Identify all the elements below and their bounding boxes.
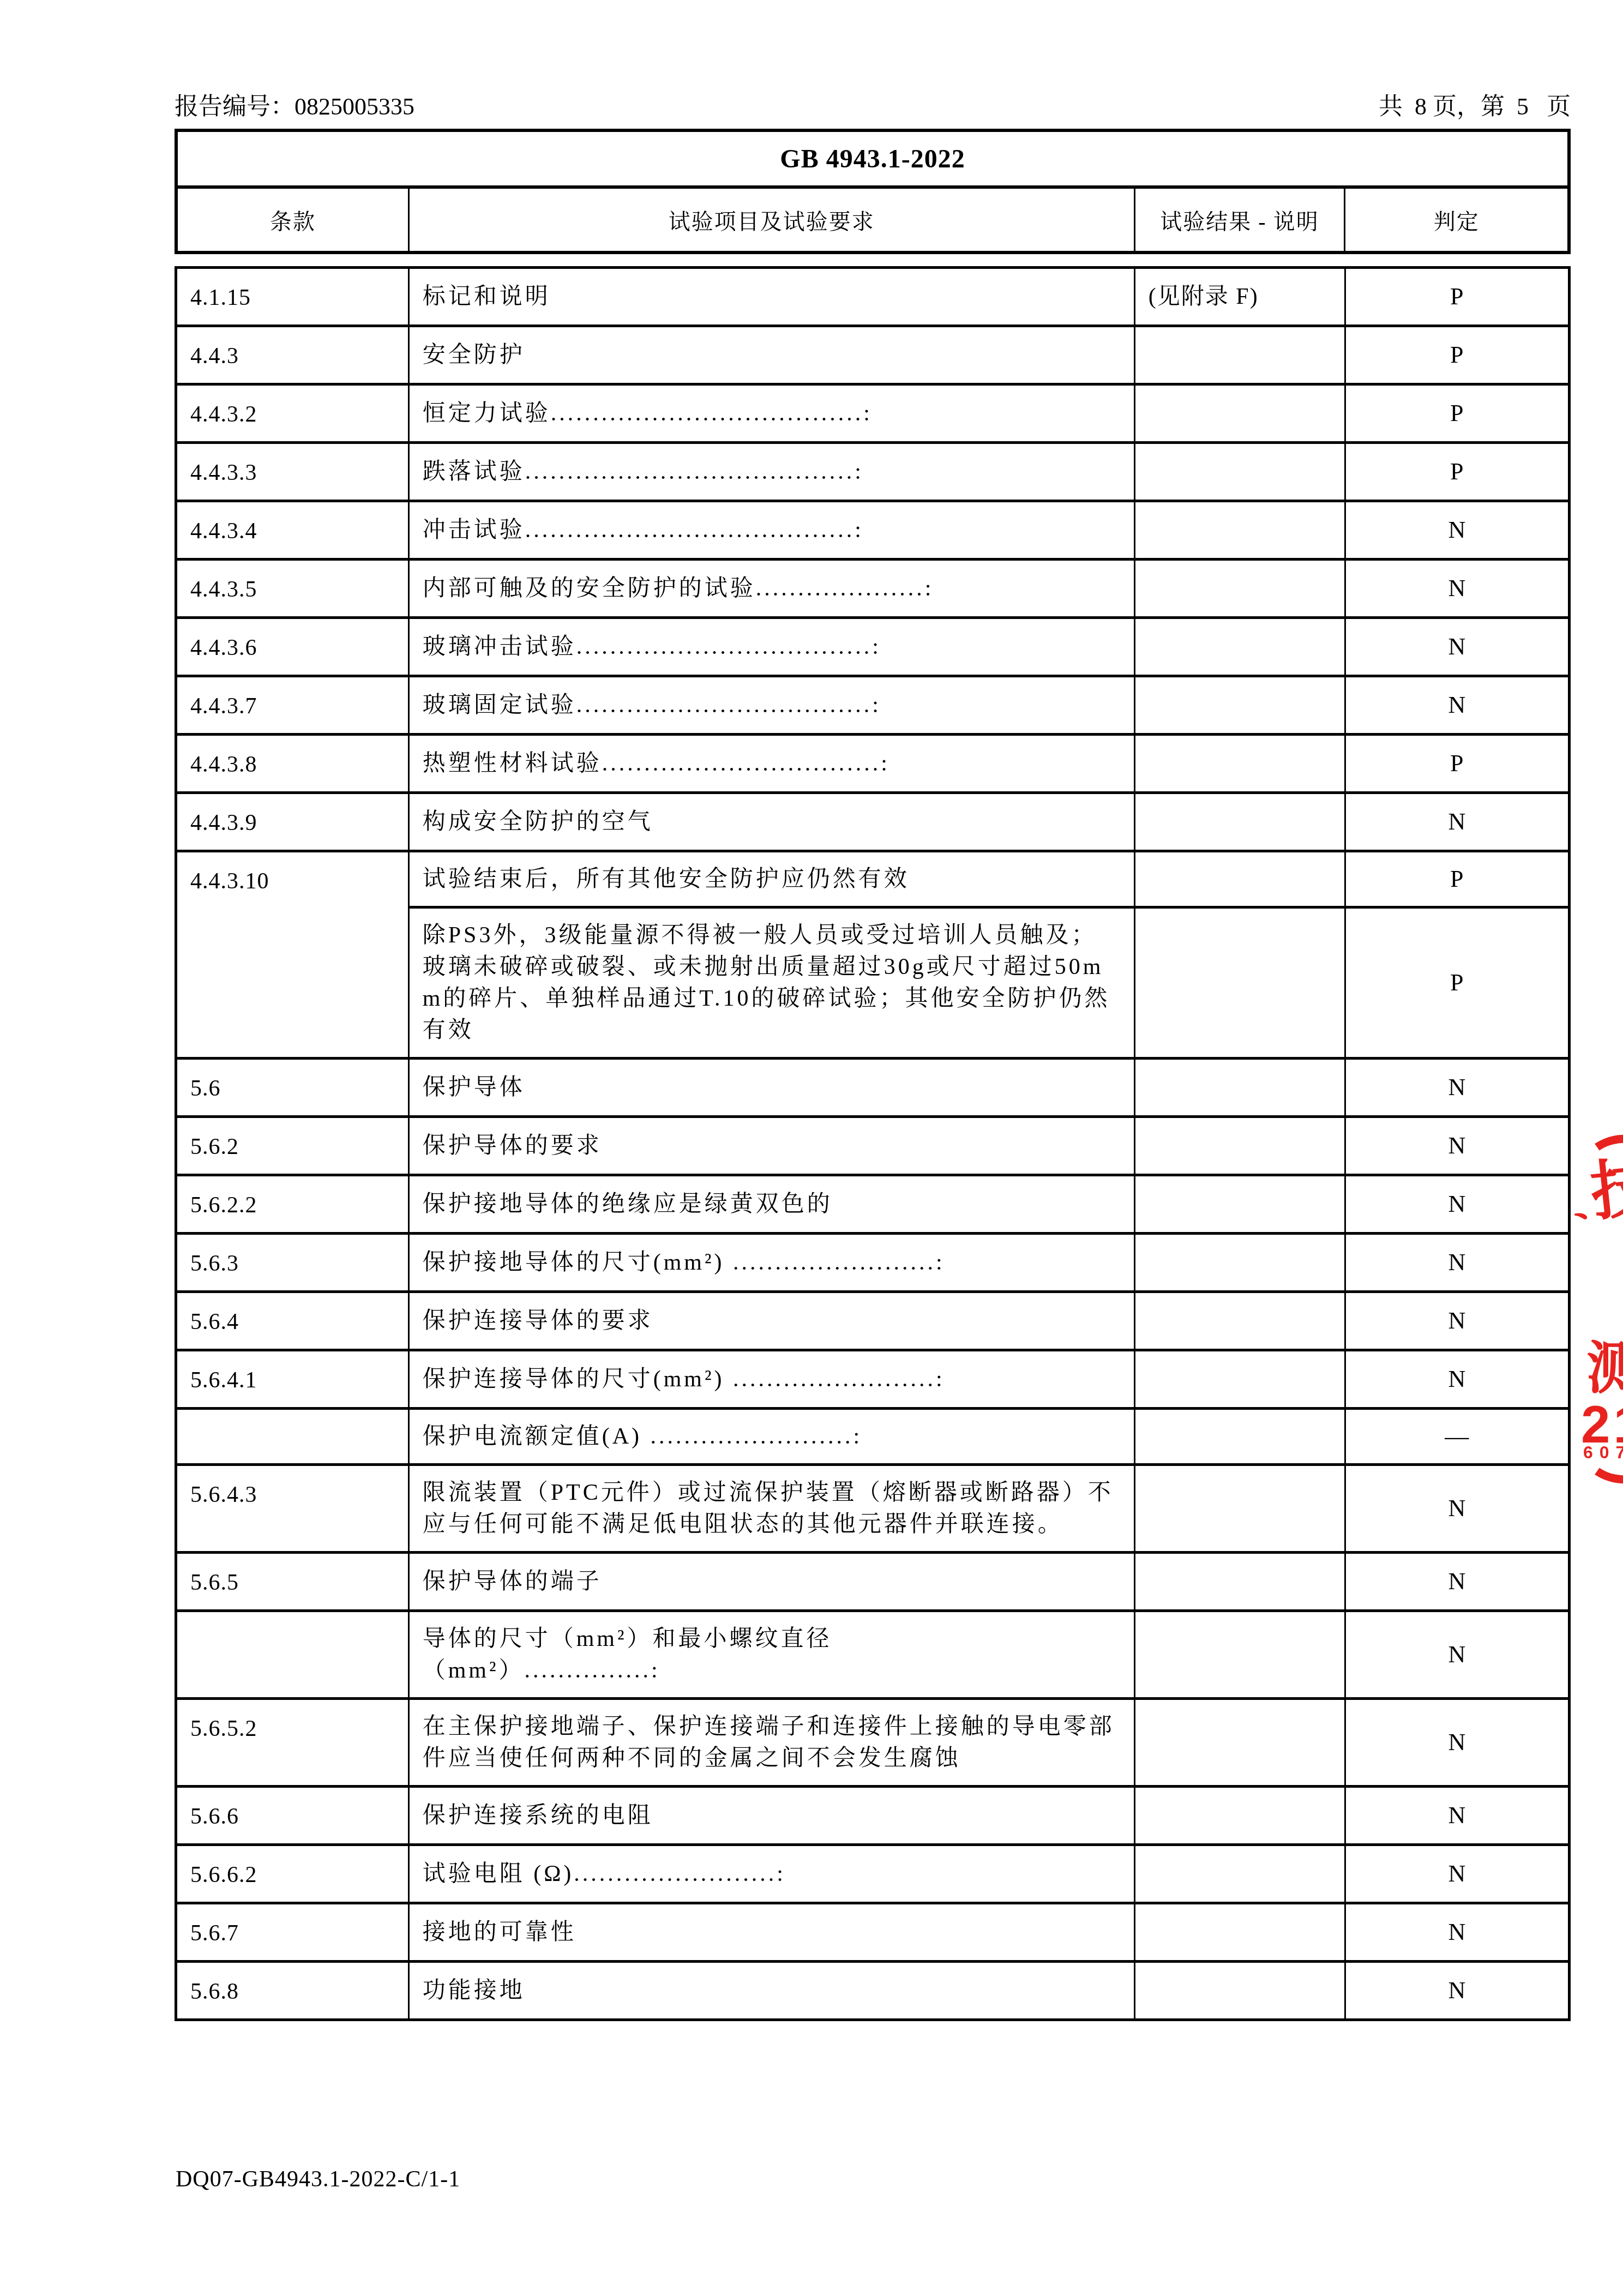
verdict-cell: N [1345, 1962, 1569, 2020]
test-result-cell [1134, 1117, 1345, 1175]
test-item-cell: 限流装置（PTC元件）或过流保护装置（熔断器或断路器）不应与任何可能不满足低电阻… [408, 1465, 1134, 1553]
test-result-cell [1134, 1465, 1345, 1553]
table-row: 5.6.7接地的可靠性N [176, 1903, 1570, 1962]
clause-cell: 5.6.5.2 [176, 1699, 409, 1787]
table-row: 5.6.4保护连接导体的要求N [176, 1292, 1570, 1350]
table-row: 5.6.6.2试验电阻 (Ω)........................:… [176, 1845, 1570, 1903]
clause-cell: 5.6.3 [176, 1234, 409, 1292]
document-code: DQ07-GB4943.1-2022-C/1-1 [176, 2166, 460, 2192]
clause-cell: 5.6.6.2 [176, 1845, 409, 1903]
test-item-cell: 标记和说明 [408, 268, 1134, 326]
table-row: 5.6.4.3限流装置（PTC元件）或过流保护装置（熔断器或断路器）不应与任何可… [176, 1465, 1570, 1553]
test-result-cell [1134, 1175, 1345, 1234]
table-row: 4.4.3.4冲击试验.............................… [176, 501, 1570, 560]
standard-title-row: GB 4943.1-2022 [176, 130, 1569, 187]
test-result-cell [1134, 384, 1345, 443]
table-row: 5.6.2.2保护接地导体的绝缘应是绿黄双色的N [176, 1175, 1570, 1234]
table-row: 4.4.3.8热塑性材料试验..........................… [176, 735, 1570, 793]
table-row: 4.4.3安全防护P [176, 326, 1570, 384]
table-row: 5.6.5保护导体的端子N [176, 1553, 1570, 1611]
test-result-cell [1134, 1699, 1345, 1787]
test-item-cell: 构成安全防护的空气 [408, 793, 1134, 851]
clause-cell: 4.4.3.3 [176, 443, 409, 501]
test-rows: 4.1.15标记和说明(见附录 F)P4.4.3安全防护P4.4.3.2恒定力试… [176, 268, 1570, 2020]
verdict-cell: N [1345, 1175, 1569, 1234]
clause-cell: 5.6.6 [176, 1787, 409, 1845]
test-item-cell: 除PS3外，3级能量源不得被一般人员或受过培训人员触及；玻璃未破碎或破裂、或未抛… [408, 907, 1134, 1059]
verdict-cell: N [1345, 1465, 1569, 1553]
table-row: 导体的尺寸（mm²）和最小螺纹直径 （mm²）...............:N [176, 1611, 1570, 1699]
test-result-cell [1134, 1903, 1345, 1962]
test-item-cell: 安全防护 [408, 326, 1134, 384]
clause-cell: 5.6 [176, 1059, 409, 1117]
table-row: 5.6.2保护导体的要求N [176, 1117, 1570, 1175]
table-row: 保护电流额定值(A) ........................:— [176, 1409, 1570, 1465]
test-item-cell: 保护接地导体的绝缘应是绿黄双色的 [408, 1175, 1134, 1234]
test-result-cell [1134, 1409, 1345, 1465]
clause-cell: 5.6.8 [176, 1962, 409, 2020]
test-item-cell: 保护接地导体的尺寸(mm²) ........................: [408, 1234, 1134, 1292]
clause-cell: 4.4.3.4 [176, 501, 409, 560]
clause-cell [176, 1611, 409, 1699]
test-item-cell: 保护连接导体的要求 [408, 1292, 1134, 1350]
test-result-cell [1134, 1059, 1345, 1117]
verdict-cell: N [1345, 560, 1569, 618]
test-item-cell: 保护导体的端子 [408, 1553, 1134, 1611]
page-counter: 共 8 页，第 5 页 [1379, 93, 1571, 121]
test-result-cell [1134, 1611, 1345, 1699]
test-item-cell: 冲击试验....................................… [408, 501, 1134, 560]
test-item-cell: 试验电阻 (Ω)........................: [408, 1845, 1134, 1903]
verdict-cell: N [1345, 1611, 1569, 1699]
verdict-cell: P [1345, 384, 1569, 443]
red-stamp-fragment: 技 、 测 21 607 [1571, 1137, 1623, 1489]
verdict-cell: P [1345, 851, 1569, 907]
report-number: 报告编号：0825005335 [175, 93, 414, 121]
test-item-cell: 试验结束后，所有其他安全防护应仍然有效 [408, 851, 1134, 907]
clause-cell: 4.4.3 [176, 326, 409, 384]
test-result-cell [1134, 501, 1345, 560]
test-result-cell [1134, 560, 1345, 618]
test-result-cell [1134, 735, 1345, 793]
clause-cell: 4.4.3.7 [176, 676, 409, 735]
standard-title: GB 4943.1-2022 [176, 130, 1569, 187]
table-row: 4.4.3.10试验结束后，所有其他安全防护应仍然有效P [176, 851, 1570, 907]
table-row: 5.6保护导体N [176, 1059, 1570, 1117]
clause-cell: 5.6.2.2 [176, 1175, 409, 1234]
test-result-cell [1134, 1787, 1345, 1845]
verdict-cell: N [1345, 1553, 1569, 1611]
clause-cell: 5.6.4.1 [176, 1350, 409, 1409]
verdict-cell: N [1345, 1117, 1569, 1175]
verdict-cell: P [1345, 443, 1569, 501]
test-item-cell: 保护电流额定值(A) ........................: [408, 1409, 1134, 1465]
test-result-cell [1134, 1962, 1345, 2020]
table-row: 4.4.3.9构成安全防护的空气N [176, 793, 1570, 851]
clause-cell: 4.4.3.10 [176, 851, 409, 1059]
column-header-row: 条款 试验项目及试验要求 试验结果 - 说明 判定 [176, 187, 1569, 253]
column-header-item: 试验项目及试验要求 [409, 187, 1135, 253]
verdict-cell: P [1345, 735, 1569, 793]
test-result-cell [1134, 676, 1345, 735]
test-result-cell [1134, 618, 1345, 676]
table-row: 4.4.3.3跌落试验.............................… [176, 443, 1570, 501]
table-row: 5.6.3保护接地导体的尺寸(mm²) ....................… [176, 1234, 1570, 1292]
clause-cell [176, 1409, 409, 1465]
test-item-cell: 导体的尺寸（mm²）和最小螺纹直径 （mm²）...............: [408, 1611, 1134, 1699]
clause-cell: 5.6.4 [176, 1292, 409, 1350]
verdict-cell: N [1345, 1903, 1569, 1962]
verdict-cell: N [1345, 1787, 1569, 1845]
clause-cell: 5.6.4.3 [176, 1465, 409, 1553]
verdict-cell: N [1345, 501, 1569, 560]
verdict-cell: — [1345, 1409, 1569, 1465]
table-row: 4.4.3.5内部可触及的安全防护的试验....................… [176, 560, 1570, 618]
test-result-cell [1134, 443, 1345, 501]
verdict-cell: N [1345, 676, 1569, 735]
clause-cell: 5.6.5 [176, 1553, 409, 1611]
table-row: 5.6.4.1保护连接导体的尺寸(mm²) ..................… [176, 1350, 1570, 1409]
test-item-cell: 保护导体的要求 [408, 1117, 1134, 1175]
column-header-clause: 条款 [176, 187, 409, 253]
clause-cell: 4.1.15 [176, 268, 409, 326]
test-item-cell: 恒定力试验...................................… [408, 384, 1134, 443]
test-result-cell [1134, 1350, 1345, 1409]
test-item-cell: 在主保护接地端子、保护连接端子和连接件上接触的导电零部件应当使任何两种不同的金属… [408, 1699, 1134, 1787]
verdict-cell: N [1345, 618, 1569, 676]
test-item-cell: 保护导体 [408, 1059, 1134, 1117]
test-item-cell: 功能接地 [408, 1962, 1134, 2020]
verdict-cell: N [1345, 1845, 1569, 1903]
table-row: 4.4.3.6玻璃冲击试验...........................… [176, 618, 1570, 676]
verdict-cell: P [1345, 907, 1569, 1059]
verdict-cell: P [1345, 326, 1569, 384]
test-result-cell [1134, 907, 1345, 1059]
table-row: 5.6.8功能接地N [176, 1962, 1570, 2020]
table-row: 4.1.15标记和说明(见附录 F)P [176, 268, 1570, 326]
test-item-cell: 接地的可靠性 [408, 1903, 1134, 1962]
test-result-cell [1134, 1845, 1345, 1903]
clause-cell: 5.6.7 [176, 1903, 409, 1962]
table-row: 5.6.6保护连接系统的电阻N [176, 1787, 1570, 1845]
clause-cell: 4.4.3.5 [176, 560, 409, 618]
verdict-cell: N [1345, 1059, 1569, 1117]
verdict-cell: N [1345, 1699, 1569, 1787]
test-item-cell: 保护连接导体的尺寸(mm²) ........................: [408, 1350, 1134, 1409]
column-header-verdict: 判定 [1345, 187, 1569, 253]
verdict-cell: N [1345, 1234, 1569, 1292]
body-table: 4.1.15标记和说明(见附录 F)P4.4.3安全防护P4.4.3.2恒定力试… [175, 266, 1571, 2021]
clause-cell: 4.4.3.6 [176, 618, 409, 676]
test-result-cell [1134, 1553, 1345, 1611]
document-header: 报告编号：0825005335 共 8 页，第 5 页 [175, 93, 1571, 121]
verdict-cell: N [1345, 1350, 1569, 1409]
standard-header-table: GB 4943.1-2022 条款 试验项目及试验要求 试验结果 - 说明 判定 [175, 129, 1571, 254]
verdict-cell: P [1345, 268, 1569, 326]
test-result-cell [1134, 793, 1345, 851]
test-result-cell [1134, 326, 1345, 384]
test-item-cell: 热塑性材料试验.................................… [408, 735, 1134, 793]
clause-cell: 4.4.3.8 [176, 735, 409, 793]
verdict-cell: N [1345, 793, 1569, 851]
document-page: 报告编号：0825005335 共 8 页，第 5 页 GB 4943.1-20… [0, 0, 1623, 2296]
verdict-cell: N [1345, 1292, 1569, 1350]
test-item-cell: 保护连接系统的电阻 [408, 1787, 1134, 1845]
test-result-cell [1134, 851, 1345, 907]
test-result-cell [1134, 1292, 1345, 1350]
test-result-cell [1134, 1234, 1345, 1292]
table-row: 4.4.3.2恒定力试验............................… [176, 384, 1570, 443]
test-item-cell: 内部可触及的安全防护的试验....................: [408, 560, 1134, 618]
column-header-result: 试验结果 - 说明 [1134, 187, 1345, 253]
test-item-cell: 玻璃冲击试验..................................… [408, 618, 1134, 676]
table-row: 4.4.3.7玻璃固定试验...........................… [176, 676, 1570, 735]
clause-cell: 4.4.3.9 [176, 793, 409, 851]
clause-cell: 4.4.3.2 [176, 384, 409, 443]
clause-cell: 5.6.2 [176, 1117, 409, 1175]
test-item-cell: 跌落试验....................................… [408, 443, 1134, 501]
table-row: 5.6.5.2在主保护接地端子、保护连接端子和连接件上接触的导电零部件应当使任何… [176, 1699, 1570, 1787]
test-item-cell: 玻璃固定试验..................................… [408, 676, 1134, 735]
test-result-cell: (见附录 F) [1134, 268, 1345, 326]
